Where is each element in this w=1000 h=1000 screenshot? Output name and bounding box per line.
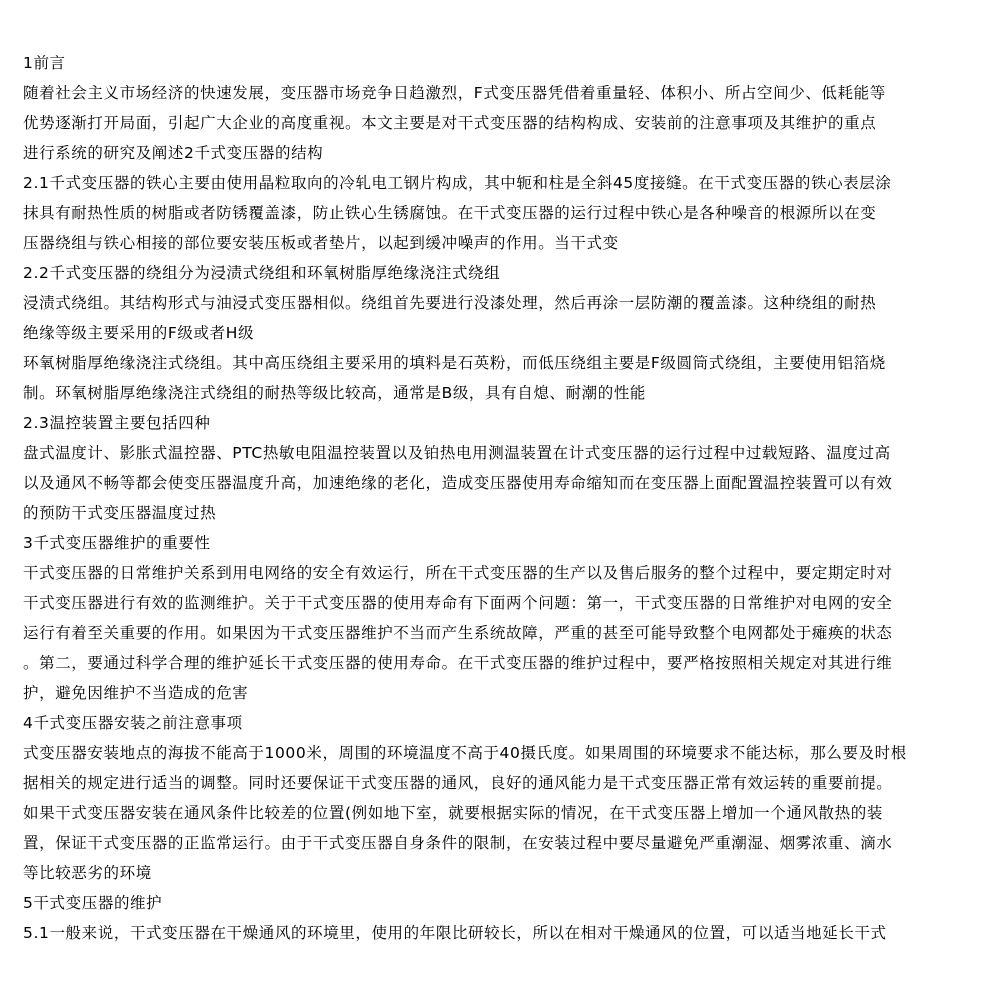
heading-1-preface: 1前言 [23, 48, 998, 78]
paragraph-line: 护，避免因维护不当造成的危害 [23, 678, 998, 708]
paragraph-line: 随着社会主义市场经济的快速发展，变压器市场竞争日趋激烈，F式变压器凭借着重量轻、… [23, 78, 998, 108]
paragraph-line: 。第二，要通过科学合理的维护延长干式变压器的使用寿命。在干式变压器的维护过程中，… [23, 648, 998, 678]
heading-3-maintenance-importance: 3千式变压器维护的重要性 [23, 528, 998, 558]
paragraph-line: 压器绕组与铁心相接的部位要安装压板或者垫片，以起到缓冲噪声的作用。当干式变 [23, 228, 998, 258]
paragraph-line: 式变压器安装地点的海拔不能高于1000米，周围的环境温度不高于40摄氏度。如果周… [23, 738, 998, 768]
paragraph-line: 干式变压器的日常维护关系到用电网络的安全有效运行，所在干式变压器的生产以及售后服… [23, 558, 998, 588]
paragraph-line: 绝缘等级主要采用的F级或者H级 [23, 318, 998, 348]
heading-4-installation-notes: 4千式变压器安装之前注意事项 [23, 708, 998, 738]
paragraph-line: 浸渍式绕组。其结构形式与油浸式变压器相似。绕组首先要进行没漆处理，然后再涂一层防… [23, 288, 998, 318]
paragraph-line: 以及通风不畅等都会使变压器温度升高，加速绝缘的老化，造成变压器使用寿命缩知而在变… [23, 468, 998, 498]
paragraph-line: 等比较恶劣的环境 [23, 858, 998, 888]
paragraph-line: 2.1千式变压器的铁心主要由使用晶粒取向的冷轧电工钢片构成，其中轭和柱是全斜45… [23, 168, 998, 198]
heading-2-3-temperature-control: 2.3温控装置主要包括四种 [23, 408, 998, 438]
paragraph-line: 进行系统的研究及阐述2千式变压器的结构 [23, 138, 998, 168]
paragraph-line: 运行有着至关重要的作用。如果因为干式变压器维护不当而产生系统故障，严重的甚至可能… [23, 618, 998, 648]
paragraph-line: 制。环氧树脂厚绝缘浇注式绕组的耐热等级比较高，通常是B级，具有自熄、耐潮的性能 [23, 378, 998, 408]
paragraph-line: 盘式温度计、影胀式温控器、PTC热敏电阻温控装置以及铂热电用测温装置在计式变压器… [23, 438, 998, 468]
paragraph-line: 置，保证干式变压器的正监常运行。由于干式变压器自身条件的限制，在安装过程中要尽量… [23, 828, 998, 858]
paragraph-line: 环氧树脂厚绝缘浇注式绕组。其中高压绕组主要采用的填料是石英粉，而低压绕组主要是F… [23, 348, 998, 378]
paragraph-line: 据相关的规定进行适当的调整。同时还要保证干式变压器的通风，良好的通风能力是干式变… [23, 768, 998, 798]
document-body: 1前言 随着社会主义市场经济的快速发展，变压器市场竞争日趋激烈，F式变压器凭借着… [23, 48, 998, 948]
paragraph-line: 抹具有耐热性质的树脂或者防锈覆盖漆，防止铁心生锈腐蚀。在干式变压器的运行过程中铁… [23, 198, 998, 228]
paragraph-line: 优势逐渐打开局面，引起广大企业的高度重视。本文主要是对干式变压器的结构构成、安装… [23, 108, 998, 138]
paragraph-line: 如果干式变压器安装在通风条件比较差的位置(例如地下室，就要根据实际的情况，在干式… [23, 798, 998, 828]
heading-2-2-windings: 2.2千式变压器的绕组分为浸渍式绕组和环氧树脂厚绝缘浇注式绕组 [23, 258, 998, 288]
paragraph-line: 5.1一般来说，干式变压器在干燥通风的环境里，使用的年限比研较长，所以在相对干燥… [23, 918, 998, 948]
paragraph-line: 干式变压器进行有效的监测维护。关于干式变压器的使用寿命有下面两个问题：第一，干式… [23, 588, 998, 618]
heading-5-maintenance: 5干式变压器的维护 [23, 888, 998, 918]
paragraph-line: 的预防干式变压器温度过热 [23, 498, 998, 528]
